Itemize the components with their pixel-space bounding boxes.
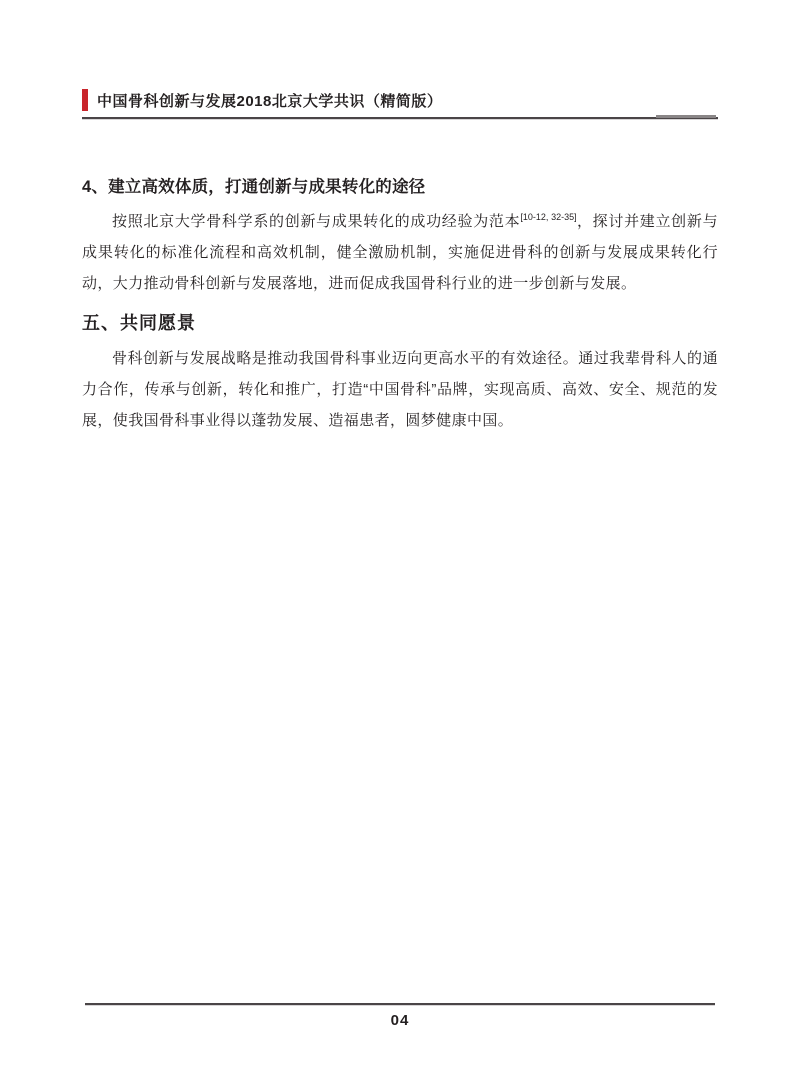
section4-text-before-reference: 按照北京大学骨科学系的创新与成果转化的成功经验为范本 [112,213,520,230]
document-body: 4、建立高效体质，打通创新与成果转化的途径 按照北京大学骨科学系的创新与成果转化… [82,176,718,445]
header-divider-end-segment [656,115,716,118]
document-page: 中国骨科创新与发展2018北京大学共识（精简版） 4、建立高效体质，打通创新与成… [0,0,800,1078]
section4-heading: 4、建立高效体质，打通创新与成果转化的途径 [82,176,718,199]
section4-paragraph: 按照北京大学骨科学系的创新与成果转化的成功经验为范本[10-12, 32-35]… [82,206,718,299]
citation-reference: [10-12, 32-35] [520,212,576,222]
footer-divider [85,1003,715,1005]
page-number: 04 [0,1012,800,1029]
red-accent-bar [82,89,88,111]
document-title: 中国骨科创新与发展2018北京大学共识（精简版） [97,90,442,111]
section5-heading: 五、共同愿景 [82,310,718,336]
header-title-row: 中国骨科创新与发展2018北京大学共识（精简版） [82,88,718,112]
page-header: 中国骨科创新与发展2018北京大学共识（精简版） [82,88,718,119]
section5-paragraph: 骨科创新与发展战略是推动我国骨科事业迈向更高水平的有效途径。通过我辈骨科人的通力… [82,343,718,436]
header-divider [82,117,718,119]
